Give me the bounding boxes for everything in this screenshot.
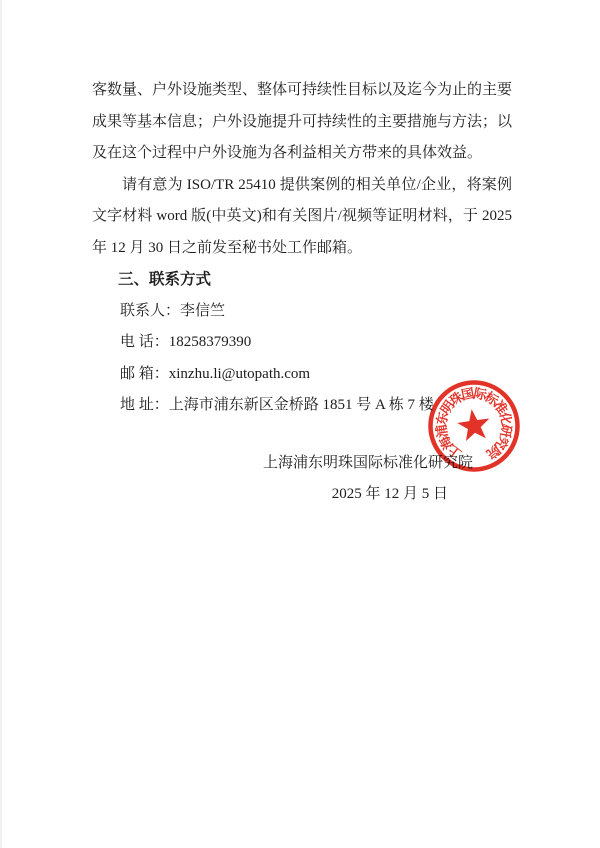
- star-icon: [456, 407, 492, 442]
- paragraph-submission-instructions: 请有意为 ISO/TR 25410 提供案例的相关单位/企业，将案例文字材料 w…: [92, 170, 512, 265]
- paragraph-case-info: 客数量、户外设施类型、整体可持续性目标以及迄今为止的主要成果等基本信息；户外设施…: [92, 75, 512, 170]
- contact-label-email: 邮 箱：: [120, 366, 169, 382]
- official-seal: 上海浦东明珠国际标准化研究院: [414, 366, 534, 486]
- document-page: 客数量、户外设施类型、整体可持续性目标以及迄今为止的主要成果等基本信息；户外设施…: [0, 0, 600, 848]
- contact-value-person: 李信竺: [180, 303, 225, 319]
- section-heading-contact: 三、联系方式: [118, 264, 512, 296]
- contact-value-email: xinzhu.li@utopath.com: [169, 366, 310, 382]
- contact-row-phone: 电 话：18258379390: [120, 327, 512, 359]
- contact-value-address: 上海市浦东新区金桥路 1851 号 A 栋 7 楼: [169, 397, 434, 413]
- contact-row-person: 联系人：李信竺: [120, 296, 512, 328]
- contact-label-address: 地 址：: [120, 397, 169, 413]
- contact-label-person: 联系人：: [120, 303, 180, 319]
- contact-label-phone: 电 话：: [120, 334, 169, 350]
- contact-value-phone: 18258379390: [169, 334, 252, 350]
